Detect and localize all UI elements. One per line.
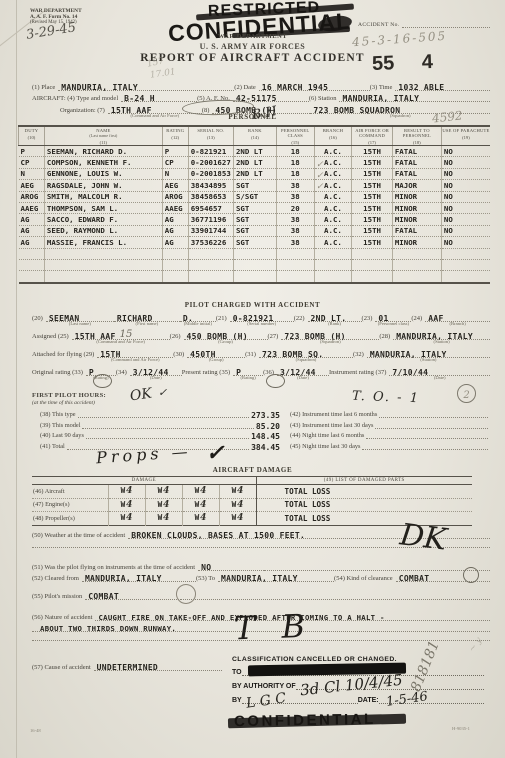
original-rating-label: Original rating (33): [32, 369, 86, 376]
mission-label: (55) Pilot's mission: [32, 593, 85, 600]
pencil-note-a: 157: [146, 56, 165, 69]
personnel-col-header: Air Force or Command (17): [352, 126, 393, 146]
pencil-circle-clearance: [463, 567, 479, 583]
pencil-circle-present-p: [266, 374, 285, 388]
clearance-label: (54) Kind of clearance: [334, 575, 396, 582]
fph-row: (38) This type 273.35: [32, 408, 280, 418]
pencil-tick: ✓: [316, 160, 324, 170]
personnel-col-header: Duty (10): [19, 126, 45, 146]
cleared-from-label: (52) Cleared from: [32, 575, 82, 582]
fph-row: (40) Last 90 days 148.45: [32, 429, 280, 439]
table-row: PSEEMAN, RICHARD D.P 0-8219212ND LT18 A.…: [19, 146, 491, 157]
table-row: [19, 271, 491, 283]
accident-no-field: ACCIDENT No.: [358, 17, 490, 28]
handwritten-check: ✓: [158, 386, 167, 399]
type-model-value: B-24 H: [124, 94, 155, 103]
pilot-block: (20) SEEMAN(Last name) RICHARD(First nam…: [32, 311, 490, 376]
fph-title: FIRST PILOT HOURS:: [32, 392, 490, 400]
fph-row: (39) This model 85.20: [32, 419, 280, 429]
cleared-to-value: MANDURIA, ITALY: [221, 574, 298, 583]
table-row: AGMASSIE, FRANCIS L.AG 37536226SGT38 A.C…: [19, 237, 491, 248]
cause-value: UNDETERMINED: [97, 663, 158, 672]
pilot-branch: AAF: [428, 314, 443, 323]
classification-line1: CLASSIFICATION CANCELLED OR CHANGED.: [232, 656, 484, 663]
personnel-col-header: Use of Parachute (19): [441, 126, 490, 146]
personnel-col-header: Result to Personnel (18): [392, 126, 441, 146]
table-row: AAEGTHOMPSON, SAM L.AAEG 6954657SGT20 A.…: [19, 202, 491, 213]
mission-value: COMBAT: [88, 592, 119, 601]
handwritten-ok: OK: [129, 386, 153, 405]
table-row: CPCOMPSON, KENNETH F.CP 0-20016272ND LT1…: [19, 157, 491, 168]
fph-row: (42) Instrument time last 6 months: [290, 408, 490, 418]
personnel-table: Duty (10) NAME (Last name first) (11) Ra…: [18, 125, 490, 284]
handwritten-to1: T. O. - 1: [352, 389, 420, 406]
cleared-to-label: (53) To: [196, 575, 218, 582]
present-rating-label: Present rating (35): [182, 369, 233, 376]
fph-row: (45) Night time last 30 days: [290, 440, 490, 450]
personnel-col-header: Rank (14): [233, 126, 276, 146]
personnel-col-header: Rating (12): [162, 126, 188, 146]
damage-row: (46) Aircraft W4 W4 W4 W4 TOTAL LOSS: [32, 485, 472, 499]
fph-row: (43) Instrument time last 30 days: [290, 419, 490, 429]
damage-header: DAMAGE: [32, 477, 256, 485]
table-row: AGSEED, RAYMOND L.AG 33901744SGT38 A.C.1…: [19, 225, 491, 236]
fph-row: (44) Night time last 6 months: [290, 429, 490, 439]
accident-no-label: ACCIDENT No.: [358, 22, 402, 28]
instrument-rating-label: Instrument rating (37): [329, 369, 389, 376]
table-row: AGSACCO, EDWARD F.AG 36771196SGT38 A.C.1…: [19, 214, 491, 225]
pencil-tick: ✓: [316, 182, 324, 192]
place-label: (1) Place: [32, 84, 58, 91]
personnel-col-header: NAME (Last name first) (11): [44, 126, 162, 146]
clearance-value: COMBAT: [399, 574, 430, 583]
station-value: MANDURIA, ITALY: [342, 94, 419, 103]
pilot-charged-heading: PILOT CHARGED WITH ACCIDENT: [0, 301, 505, 309]
table-row: [19, 248, 491, 259]
classification-authority-label: BY AUTHORITY OF: [232, 683, 296, 690]
case-number-stamp: 55 4: [372, 51, 434, 76]
instruments-value: NO: [201, 563, 211, 572]
personnel-body: PSEEMAN, RICHARD D.P 0-8219212ND LT18 A.…: [19, 146, 491, 283]
classification-by-label: BY: [232, 697, 242, 704]
date-label: (2) Date: [234, 84, 258, 91]
fph-subtitle: (at the time of this accident): [32, 400, 490, 406]
personnel-header-row: Duty (10) NAME (Last name first) (11) Ra…: [19, 126, 491, 146]
station-label: (6) Station: [309, 95, 340, 102]
instruments-label: (51) Was the pilot flying on instruments…: [32, 564, 198, 571]
aircraft-damage-title: AIRCRAFT DAMAGE: [0, 466, 505, 474]
aircraft-label: AIRCRAFT: (4) Type and model: [32, 95, 121, 102]
table-row: AEGRAGSDALE, JOHN W.AEG 38434895SGT38 A.…: [19, 180, 491, 191]
personnel-table-wrap: Duty (10) NAME (Last name first) (11) Ra…: [18, 125, 490, 284]
handwritten-tb: T B: [233, 607, 313, 648]
time-label: (3) Time: [370, 84, 396, 91]
pencil-circle-orig-p: [93, 374, 112, 388]
attached-label: Attached for flying (29): [32, 351, 97, 358]
personnel-col-header: Branch (16): [314, 126, 352, 146]
table-row: [19, 259, 491, 270]
damaged-parts-header: (49) LIST OF DAMAGED PARTS: [256, 477, 472, 485]
personnel-col-header: Serial No. (13): [188, 126, 233, 146]
pencil-tick: ✓: [316, 171, 324, 181]
table-row: AROGSMITH, MALCOLM R.AROG 38458653S/SGT3…: [19, 191, 491, 202]
damage-header-row: DAMAGE (49) LIST OF DAMAGED PARTS: [32, 477, 472, 485]
classification-to-label: TO: [232, 669, 242, 676]
footer-right-code: H-9035-1: [452, 726, 470, 731]
pencil-note-b: 17.01: [149, 67, 176, 80]
field-20-label: (20): [32, 315, 46, 322]
scanned-accident-report-page: WAR DEPARTMENT A. A. F. Form No. 14 (Rev…: [0, 0, 505, 758]
classification-date-label: DATE:: [358, 697, 379, 704]
handwritten-big-check: ✓: [206, 440, 224, 466]
cause-block: (57) Cause of accident UNDETERMINED: [32, 660, 222, 671]
damage-row: (47) Engine(s) W4 W4 W4 W4 TOTAL LOSS: [32, 498, 472, 512]
cleared-from-value: MANDURIA, ITALY: [85, 574, 162, 583]
personnel-col-header: Personnel Class (15): [276, 126, 314, 146]
fph-right-column: (42) Instrument time last 6 months (43) …: [290, 408, 490, 450]
instrument-rating-date: 7/10/44: [392, 368, 428, 377]
table-row: NGENNONE, LOUIS W.N 0-20018532ND LT18 A.…: [19, 168, 491, 179]
handwritten-4592: 4592: [431, 108, 463, 125]
nature-label: (56) Nature of accident: [32, 614, 95, 621]
footer-left-code: 16-48: [30, 728, 41, 733]
handwritten-dk: DK: [398, 517, 448, 557]
circled-2: 2: [457, 384, 476, 403]
assigned-label: Assigned (25): [32, 333, 72, 340]
cause-label: (57) Cause of accident: [32, 664, 94, 671]
first-pilot-hours-block: FIRST PILOT HOURS: (at the time of this …: [32, 392, 490, 450]
